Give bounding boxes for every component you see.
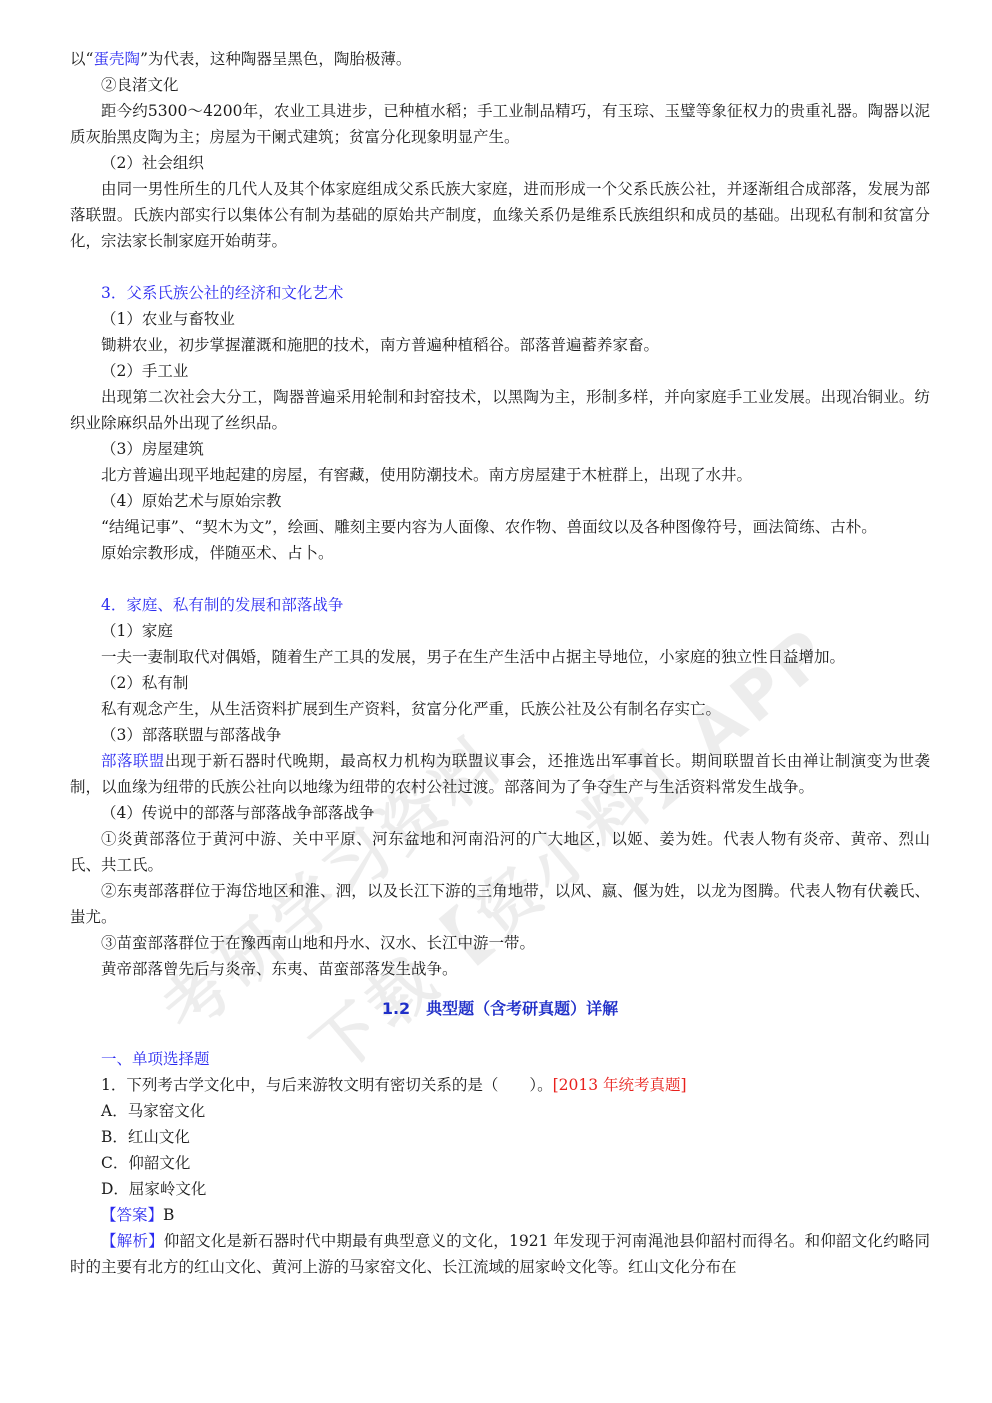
analysis: 【解析】仰韶文化是新石器时代中期最有典型意义的文化，1921 年发现于河南渑池县… (70, 1228, 930, 1280)
subheading: （1）家庭 (70, 618, 930, 644)
question-type-heading: 一、单项选择题 (70, 1046, 930, 1072)
analysis-label: 【解析】 (101, 1232, 164, 1250)
paragraph: 黄帝部落曾先后与炎帝、东夷、苗蛮部落发生战争。 (70, 956, 930, 982)
option-d: D．屈家岭文化 (70, 1176, 930, 1202)
subheading: （4）原始艺术与原始宗教 (70, 488, 930, 514)
question-source: [2013 年统考真题] (553, 1076, 687, 1094)
section-title: 1.2 典型题（含考研真题）详解 (70, 996, 930, 1022)
subheading: （3）房屋建筑 (70, 436, 930, 462)
option-c: C．仰韶文化 (70, 1150, 930, 1176)
paragraph: 出现第二次社会大分工，陶器普遍采用轮制和封窑技术，以黑陶为主，形制多样，并向家庭… (70, 384, 930, 436)
paragraph: 锄耕农业，初步掌握灌溉和施肥的技术，南方普遍种植稻谷。部落普遍蓄养家畜。 (70, 332, 930, 358)
paragraph: 距今约5300～4200年，农业工具进步，已种植水稻；手工业制品精巧，有玉琮、玉… (70, 98, 930, 150)
paragraph: ③苗蛮部落群位于在豫西南山地和丹水、汉水、长江中游一带。 (70, 930, 930, 956)
section-heading: 3．父系氏族公社的经济和文化艺术 (70, 280, 930, 306)
answer-label: 【答案】 (101, 1206, 163, 1224)
paragraph: 北方普遍出现平地起建的房屋，有窖藏，使用防潮技术。南方房屋建于木桩群上，出现了水… (70, 462, 930, 488)
term-link[interactable]: 部落联盟 (101, 752, 165, 770)
paragraph: 私有观念产生，从生活资料扩展到生产资料，贫富分化严重，氏族公社及公有制名存实亡。 (70, 696, 930, 722)
subheading: （4）传说中的部落与部落战争部落战争 (70, 800, 930, 826)
question-stem: 1．下列考古学文化中，与后来游牧文明有密切关系的是（ ）。[2013 年统考真题… (70, 1072, 930, 1098)
paragraph: 一夫一妻制取代对偶婚，随着生产工具的发展，男子在生产生活中占据主导地位，小家庭的… (70, 644, 930, 670)
paragraph: 部落联盟出现于新石器时代晚期，最高权力机构为联盟议事会，还推选出军事首长。期间联… (70, 748, 930, 800)
paragraph: 原始宗教形成，伴随巫术、占卜。 (70, 540, 930, 566)
subheading: （1）农业与畜牧业 (70, 306, 930, 332)
answer-value: B (163, 1206, 174, 1224)
document-page: 考研学习资料 下载【资小料】APP 以“蛋壳陶”为代表，这种陶器呈黑色，陶胎极薄… (0, 0, 992, 1403)
term-link[interactable]: 蛋壳陶 (93, 50, 140, 68)
answer: 【答案】B (70, 1202, 930, 1228)
subheading: （2）手工业 (70, 358, 930, 384)
paragraph: 由同一男性所生的几代人及其个体家庭组成父系氏族大家庭，进而形成一个父系氏族公社，… (70, 176, 930, 254)
subheading: （2）私有制 (70, 670, 930, 696)
paragraph: “结绳记事”、“契木为文”，绘画、雕刻主要内容为人面像、农作物、兽面纹以及各种图… (70, 514, 930, 540)
option-a: A．马家窑文化 (70, 1098, 930, 1124)
section-heading: 4．家庭、私有制的发展和部落战争 (70, 592, 930, 618)
subheading: （3）部落联盟与部落战争 (70, 722, 930, 748)
document-body: 以“蛋壳陶”为代表，这种陶器呈黑色，陶胎极薄。 ②良渚文化 距今约5300～42… (70, 46, 930, 1280)
option-b: B．红山文化 (70, 1124, 930, 1150)
paragraph: ②东夷部落群位于海岱地区和淮、泗，以及长江下游的三角地带，以风、嬴、偃为姓，以龙… (70, 878, 930, 930)
subheading: （2）社会组织 (70, 150, 930, 176)
subheading: ②良渚文化 (70, 72, 930, 98)
paragraph: 以“蛋壳陶”为代表，这种陶器呈黑色，陶胎极薄。 (70, 46, 930, 72)
paragraph: ①炎黄部落位于黄河中游、关中平原、河东盆地和河南沿河的广大地区，以姬、姜为姓。代… (70, 826, 930, 878)
